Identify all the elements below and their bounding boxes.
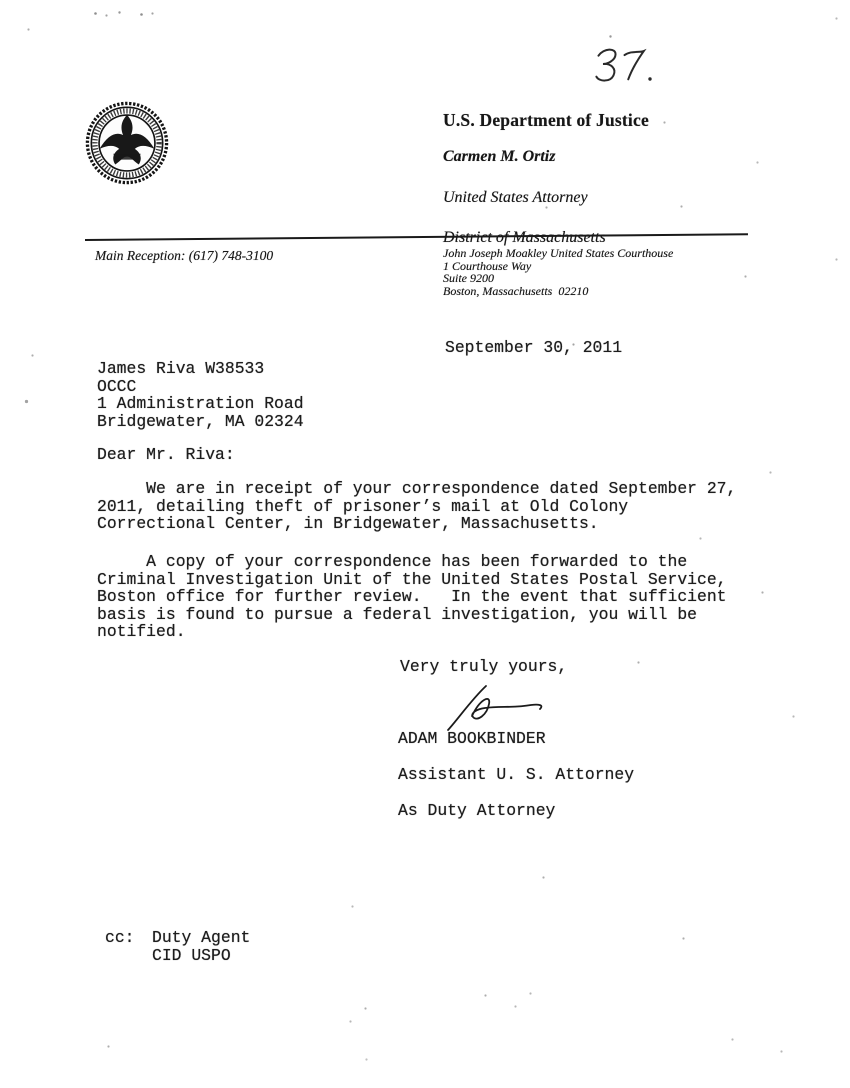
reception-phone: Main Reception: (617) 748-3100 — [95, 248, 273, 264]
signer-role: As Duty Attorney — [398, 801, 555, 820]
closing-phrase: Very truly yours, — [400, 658, 567, 676]
agency-name: U.S. Department of Justice — [443, 110, 649, 131]
signer-block: ADAM BOOKBINDER Assistant U. S. Attorney… — [398, 730, 634, 820]
courthouse-address: John Joseph Moakley United States Courth… — [443, 247, 673, 298]
handwritten-page-number — [588, 44, 658, 86]
doj-seal-icon — [84, 100, 170, 186]
signer-title: Assistant U. S. Attorney — [398, 765, 634, 784]
attorney-name: Carmen M. Ortiz — [443, 148, 555, 165]
body-paragraph-2: A copy of your correspondence has been f… — [97, 553, 727, 641]
scanned-letter-page: U.S. Department of Justice Carmen M. Ort… — [0, 0, 850, 1088]
recipient-address: James Riva W38533 OCCC 1 Administration … — [97, 360, 304, 430]
letter-date: September 30, 2011 — [445, 339, 622, 357]
signer-name: ADAM BOOKBINDER — [398, 729, 546, 748]
scan-noise-specks — [0, 0, 1, 1]
salutation: Dear Mr. Riva: — [97, 446, 235, 464]
cc-recipients: Duty Agent CID USPO — [152, 929, 250, 965]
signature-scribble-icon — [402, 683, 552, 733]
body-paragraph-1: We are in receipt of your correspondence… — [97, 480, 736, 533]
header-divider-rule — [85, 233, 748, 241]
attorney-title: United States Attorney — [443, 189, 588, 206]
cc-label: cc: — [105, 929, 135, 947]
official-block: Carmen M. Ortiz United States Attorney D… — [443, 147, 606, 248]
